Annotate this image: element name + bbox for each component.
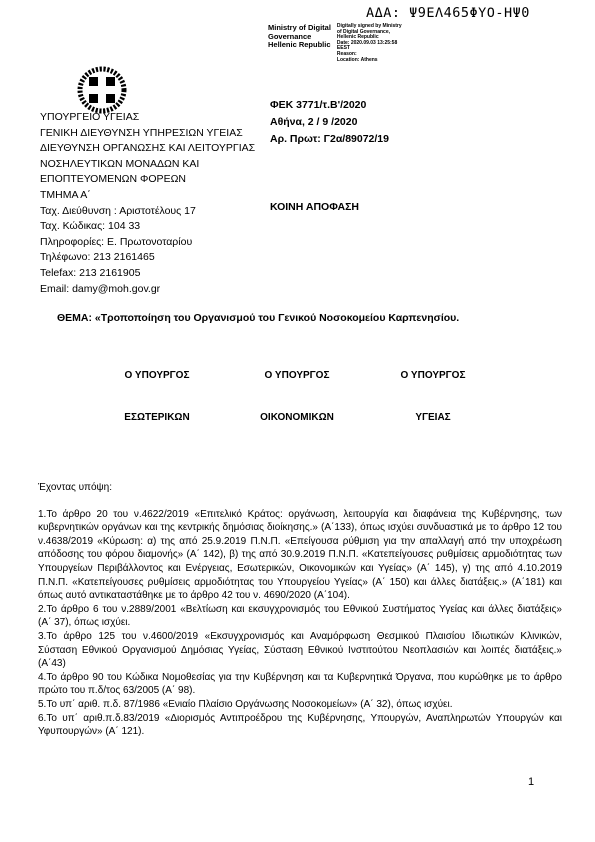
sender-address-block: ΥΠΟΥΡΓΕΙΟ ΥΓΕΙΑΣ ΓΕΝΙΚΗ ΔΙΕΥΘΥΝΣΗ ΥΠΗΡΕΣ… [40,110,255,297]
minister-title: Ο ΥΠΟΥΡΓΟΣ [222,370,372,381]
preamble-item: 5.Το υπ΄ αριθ. π.δ. 87/1986 «Ενιαίο Πλαί… [38,698,562,712]
signature-authority-line: Hellenic Republic [268,41,331,50]
minister-column-interior: Ο ΥΠΟΥΡΓΟΣ ΕΣΩΤΕΡΙΚΩΝ [82,370,232,423]
sender-line: ΕΠΟΠΤΕΥΟΜΕΝΩΝ ΦΟΡΕΩΝ [40,172,255,188]
preamble-item: 4.Το άρθρο 90 του Κώδικα Νομοθεσίας για … [38,671,562,698]
signature-details-line: Location: Athens [337,58,402,64]
document-body: Έχοντας υπόψη: 1.Το άρθρο 20 του ν.4622/… [38,481,562,739]
sender-line: Ταχ. Κώδικας: 104 33 [40,219,255,235]
minister-portfolio: ΕΣΩΤΕΡΙΚΩΝ [82,412,232,423]
preamble-item: 2.Το άρθρο 6 του ν.2889/2001 «Βελτίωση κ… [38,603,562,630]
minister-column-finance: Ο ΥΠΟΥΡΓΟΣ ΟΙΚΟΝΟΜΙΚΩΝ [222,370,372,423]
preamble-item: 1.Το άρθρο 20 του ν.4622/2019 «Επιτελικό… [38,508,562,603]
preamble-intro: Έχοντας υπόψη: [38,481,562,495]
minister-portfolio: ΥΓΕΙΑΣ [358,412,508,423]
sender-line: Email: damy@moh.gov.gr [40,282,255,298]
document-date: Αθήνα, 2 / 9 /2020 [270,114,389,131]
sender-line: Telefax: 213 2161905 [40,266,255,282]
preamble-item: 3.Το άρθρο 125 του ν.4600/2019 «Εκσυγχρο… [38,630,562,671]
minister-column-health: Ο ΥΠΟΥΡΓΟΣ ΥΓΕΙΑΣ [358,370,508,423]
sender-line: Τηλέφωνο: 213 2161465 [40,250,255,266]
sender-line: ΥΠΟΥΡΓΕΙΟ ΥΓΕΙΑΣ [40,110,255,126]
signature-authority: Ministry of Digital Governance Hellenic … [268,24,331,63]
preamble-item: 6.Το υπ΄ αριθ.π.δ.83/2019 «Διορισμός Αντ… [38,712,562,739]
sender-line: ΓΕΝΙΚΗ ΔΙΕΥΘΥΝΣΗ ΥΠΗΡΕΣΙΩΝ ΥΓΕΙΑΣ [40,126,255,142]
subject-line: ΘΕΜΑ: «Τροποποίηση του Οργανισμού του Γε… [57,312,557,324]
digital-signature-block: Ministry of Digital Governance Hellenic … [268,24,402,63]
sender-line: Ταχ. Διεύθυνση : Αριστοτέλους 17 [40,204,255,220]
document-page: ΑΔΑ: Ψ9ΕΛ465ΦΥΟ-ΗΨ0 Ministry of Digital … [0,0,595,842]
minister-portfolio: ΟΙΚΟΝΟΜΙΚΩΝ [222,412,372,423]
decision-type: ΚΟΙΝΗ ΑΠΟΦΑΣΗ [270,201,359,213]
sender-line: ΤΜΗΜΑ Α΄ [40,188,255,204]
signature-details: Digitally signed by Ministry of Digital … [337,24,402,63]
protocol-number: Αρ. Πρωτ: Γ2α/89072/19 [270,131,389,148]
minister-title: Ο ΥΠΟΥΡΓΟΣ [82,370,232,381]
greek-coat-of-arms-icon [76,66,128,114]
sender-line: ΝΟΣΗΛΕΥΤΙΚΩΝ ΜΟΝΑΔΩΝ ΚΑΙ [40,157,255,173]
fek-number: ΦΕΚ 3771/τ.Β'/2020 [270,97,389,114]
sender-line: ΔΙΕΥΘΥΝΣΗ ΟΡΓΑΝΩΣΗΣ ΚΑΙ ΛΕΙΤΟΥΡΓΙΑΣ [40,141,255,157]
sender-line: Πληροφορίες: Ε. Πρωτονοταρίου [40,235,255,251]
minister-title: Ο ΥΠΟΥΡΓΟΣ [358,370,508,381]
reference-block: ΦΕΚ 3771/τ.Β'/2020 Αθήνα, 2 / 9 /2020 Αρ… [270,97,389,148]
page-number: 1 [528,776,534,788]
ada-code: ΑΔΑ: Ψ9ΕΛ465ΦΥΟ-ΗΨ0 [366,5,530,21]
